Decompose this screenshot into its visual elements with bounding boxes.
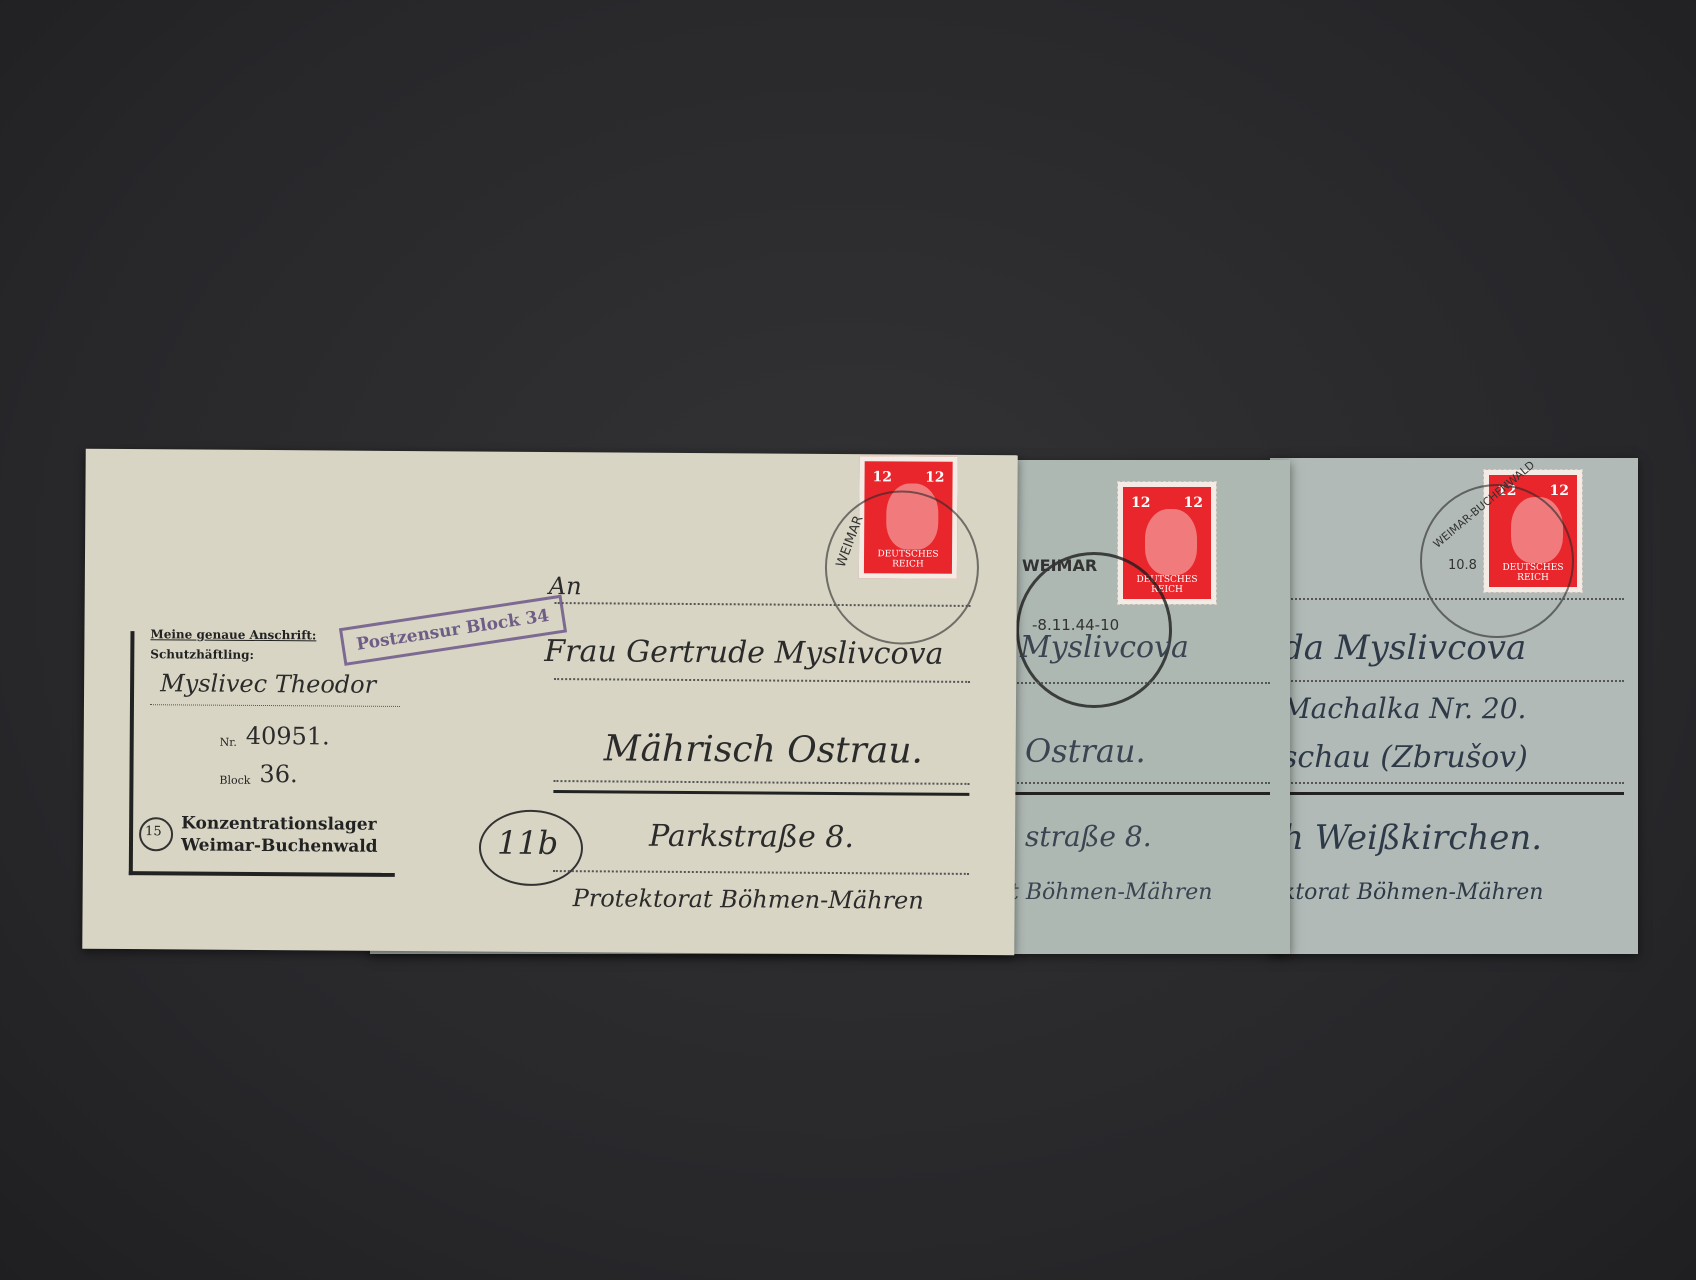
street: Parkstraße 8. — [649, 819, 854, 855]
country-text: ktorat Böhmen-Mähren — [1282, 880, 1543, 905]
country: Protektorat Böhmen-Mähren — [573, 884, 924, 914]
recipient-name: Frau Gertrude Myslivcova — [544, 634, 943, 672]
circled-code-text: 11b — [497, 824, 558, 862]
sender-role: Schutzhäftling: — [150, 647, 254, 662]
city: Mährisch Ostrau. — [604, 728, 924, 771]
stamp-value: 12 — [1550, 483, 1569, 499]
postmark-date: 10.8 — [1448, 558, 1477, 573]
block-value: 36. — [259, 760, 297, 788]
stamp-value: 12 — [1184, 495, 1203, 511]
number-value: 40951. — [246, 722, 330, 751]
recipient-text: Myslivcova — [1020, 630, 1189, 665]
address-line — [553, 870, 969, 875]
address-line — [1010, 682, 1270, 684]
underline-bar — [1010, 792, 1270, 795]
address-line — [1284, 598, 1624, 600]
city-text: schau (Zbrušov) — [1282, 740, 1528, 775]
sender-name: Myslivec Theodor — [160, 669, 376, 699]
address-line — [1284, 680, 1624, 682]
portrait-icon — [1145, 509, 1197, 575]
block-label: Block — [219, 774, 250, 787]
address-prefix: An — [549, 572, 582, 600]
underline-bar — [1284, 792, 1624, 795]
postmark — [1420, 484, 1574, 638]
underline-bar — [553, 790, 969, 796]
street-text: straße 8. — [1025, 820, 1152, 853]
address-line — [554, 678, 970, 683]
camp-line2: Weimar-Buchenwald — [181, 835, 378, 856]
address-line — [553, 780, 969, 785]
sender-header: Meine genaue Anschrift: — [150, 627, 316, 642]
envelope-front: 12 12 DEUTSCHES REICH WEIMAR Postzensur … — [82, 449, 1017, 955]
stamp-value: 12 — [873, 469, 893, 485]
stamp-value: 12 — [925, 470, 945, 486]
stamp-value: 12 — [1131, 495, 1150, 511]
circled-number-text: 15 — [145, 824, 162, 839]
recipient-text: da Myslivcova — [1282, 628, 1526, 668]
postmark-text: WEIMAR — [1022, 556, 1097, 575]
address-line — [1010, 782, 1270, 784]
country-text: t Böhmen-Mähren — [1010, 880, 1212, 905]
camp-line1: Konzentrationslager — [181, 813, 377, 834]
envelope-back: 12 12 DEUTSCHES REICH WEIMAR-BUCHENWALD … — [1270, 458, 1638, 954]
street-text: Machalka Nr. 20. — [1282, 692, 1526, 725]
city-text: Ostrau. — [1025, 732, 1146, 770]
address-line — [1284, 782, 1624, 784]
number-label: Nr. — [220, 736, 237, 749]
district-text: h Weißkirchen. — [1282, 818, 1542, 858]
